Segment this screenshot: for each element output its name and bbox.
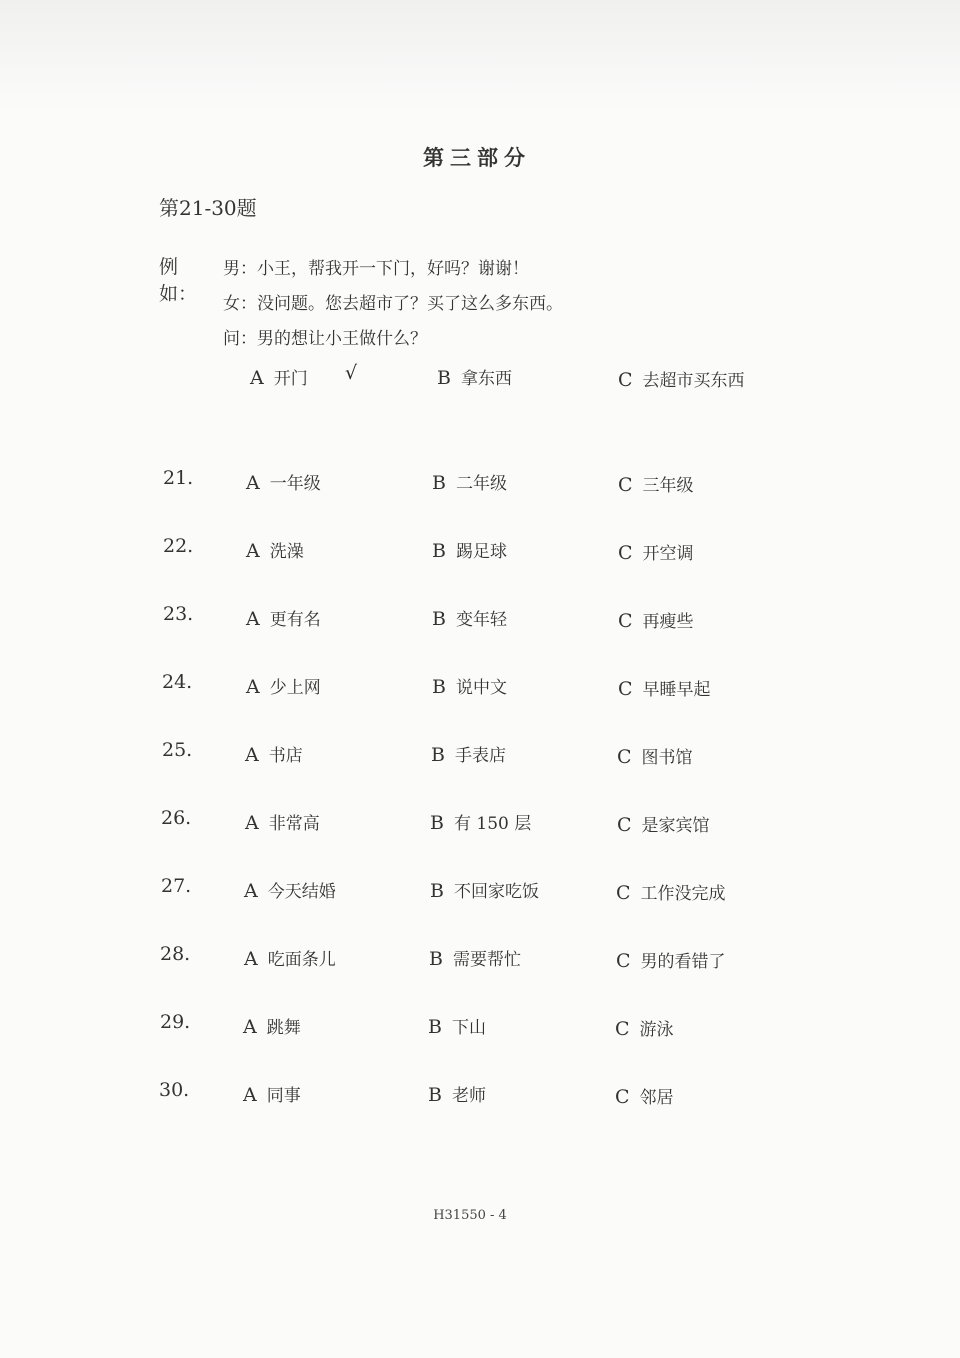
example-option-c: C去超市买东西 xyxy=(618,366,745,391)
example-line-question: 问：男的想让小王做什么？ xyxy=(223,324,427,349)
question-range: 第21-30题 xyxy=(159,192,257,221)
question-option-a: A今天结婚 xyxy=(244,877,336,902)
question-number: 22. xyxy=(163,535,193,557)
question-option-b: B有 150 层 xyxy=(430,809,531,834)
question-option-c: C是家宾馆 xyxy=(617,811,710,836)
question-number: 23. xyxy=(163,603,193,625)
scan-shading xyxy=(0,0,960,110)
question-number: 26. xyxy=(161,807,191,829)
question-option-b: B手表店 xyxy=(431,741,506,766)
question-option-b: B需要帮忙 xyxy=(429,945,521,970)
question-option-b: B不回家吃饭 xyxy=(430,877,539,902)
question-number: 25. xyxy=(162,739,192,761)
question-option-c: C开空调 xyxy=(618,539,694,564)
question-option-c: C男的看错了 xyxy=(616,947,726,972)
question-option-c: C工作没完成 xyxy=(616,879,726,904)
question-option-a: A少上网 xyxy=(246,673,321,698)
question-option-c: C邻居 xyxy=(615,1083,674,1108)
checkmark-icon: √ xyxy=(345,362,357,384)
example-label: 例如： xyxy=(159,252,197,306)
example-option-a: A开门 xyxy=(250,364,308,389)
section-title: 第三部分 xyxy=(0,142,954,172)
question-option-a: A吃面条儿 xyxy=(244,945,336,970)
question-option-c: C再瘦些 xyxy=(618,607,694,632)
question-number: 24. xyxy=(162,671,192,693)
question-option-b: B二年级 xyxy=(432,469,507,494)
question-option-b: B老师 xyxy=(428,1081,486,1106)
question-option-c: C游泳 xyxy=(615,1015,674,1040)
question-option-a: A跳舞 xyxy=(243,1013,301,1038)
question-option-c: C三年级 xyxy=(618,471,694,496)
question-option-b: B踢足球 xyxy=(432,537,507,562)
question-option-a: A更有名 xyxy=(246,605,321,630)
question-option-b: B说中文 xyxy=(432,673,507,698)
question-option-a: A书店 xyxy=(245,741,303,766)
question-option-a: A同事 xyxy=(243,1081,301,1106)
question-option-c: C早睡早起 xyxy=(618,675,711,700)
question-option-a: A洗澡 xyxy=(246,537,304,562)
question-option-b: B下山 xyxy=(428,1013,486,1038)
question-number: 27. xyxy=(161,875,191,897)
example-line-man: 男：小王，帮我开一下门，好吗？谢谢！ xyxy=(223,254,529,279)
page-footer: H31550 - 4 xyxy=(0,1208,940,1223)
example-option-b: B拿东西 xyxy=(437,364,512,389)
question-option-b: B变年轻 xyxy=(432,605,507,630)
example-line-woman: 女：没问题。您去超市了？买了这么多东西。 xyxy=(223,289,563,314)
question-number: 29. xyxy=(160,1011,190,1033)
question-option-a: A一年级 xyxy=(246,469,321,494)
question-number: 28. xyxy=(160,943,190,965)
question-option-c: C图书馆 xyxy=(617,743,693,768)
question-option-a: A非常高 xyxy=(245,809,320,834)
question-number: 21. xyxy=(163,467,193,489)
question-number: 30. xyxy=(159,1079,189,1101)
